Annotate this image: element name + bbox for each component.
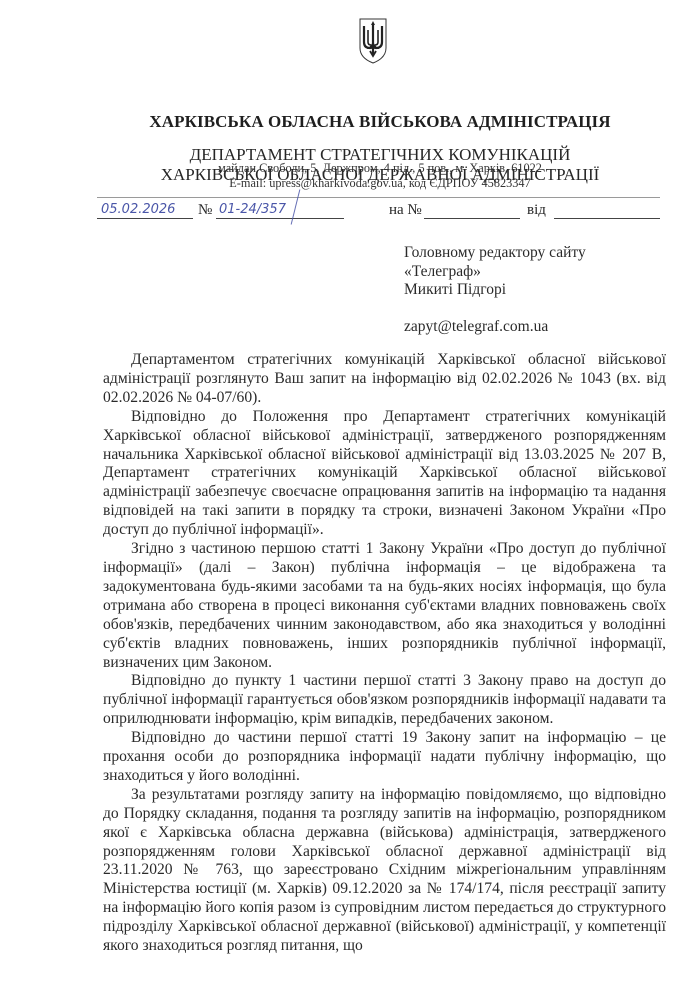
recipient-block: Головному редактору сайту «Телеграф» Мик… (404, 244, 586, 337)
recipient-position: Головному редактору сайту (404, 244, 586, 263)
address-block: майдан Свободи, 5, Держпром, 4 під., 5 п… (0, 161, 700, 191)
recipient-name: Микиті Підгорі (404, 281, 586, 300)
reply-to-number-field (424, 201, 520, 219)
registration-row: 05.02.2026 № 01-24/357 на № від (97, 201, 660, 221)
recipient-organization: «Телеграф» (404, 263, 586, 282)
body-paragraph-4: Відповідно до пункту 1 частини першої ст… (103, 672, 666, 729)
outgoing-date: 05.02.2026 (101, 202, 175, 217)
ukraine-coat-of-arms-icon (358, 18, 388, 64)
body-paragraph-3: Згідно з частиною першою статті 1 Закону… (103, 540, 666, 672)
from-label: від (527, 202, 546, 219)
outgoing-number: 01-24/357 (219, 202, 286, 217)
reply-to-label: на № (389, 202, 422, 219)
postal-address: майдан Свободи, 5, Держпром, 4 під., 5 п… (0, 161, 700, 176)
organization-title: ХАРКІВСЬКА ОБЛАСНА ВІЙСЬКОВА АДМІНІСТРАЦ… (0, 112, 700, 132)
recipient-email: zapyt@telegraf.com.ua (404, 318, 586, 337)
letterhead-divider (97, 197, 660, 198)
from-date-field (554, 201, 660, 219)
letter-page: ХАРКІВСЬКА ОБЛАСНА ВІЙСЬКОВА АДМІНІСТРАЦ… (0, 0, 700, 990)
body-paragraph-1: Департаментом стратегічних комунікацій Х… (103, 351, 666, 408)
body-paragraph-6: За результатами розгляду запиту на інфор… (103, 786, 666, 956)
letter-body: Департаментом стратегічних комунікацій Х… (103, 351, 666, 956)
number-label: № (198, 202, 212, 219)
body-paragraph-2: Відповідно до Положення про Департамент … (103, 408, 666, 540)
contact-line: E-mail: upress@kharkivoda.gov.ua, код ЄД… (0, 176, 700, 191)
body-paragraph-5: Відповідно до частини першої статті 19 З… (103, 729, 666, 786)
